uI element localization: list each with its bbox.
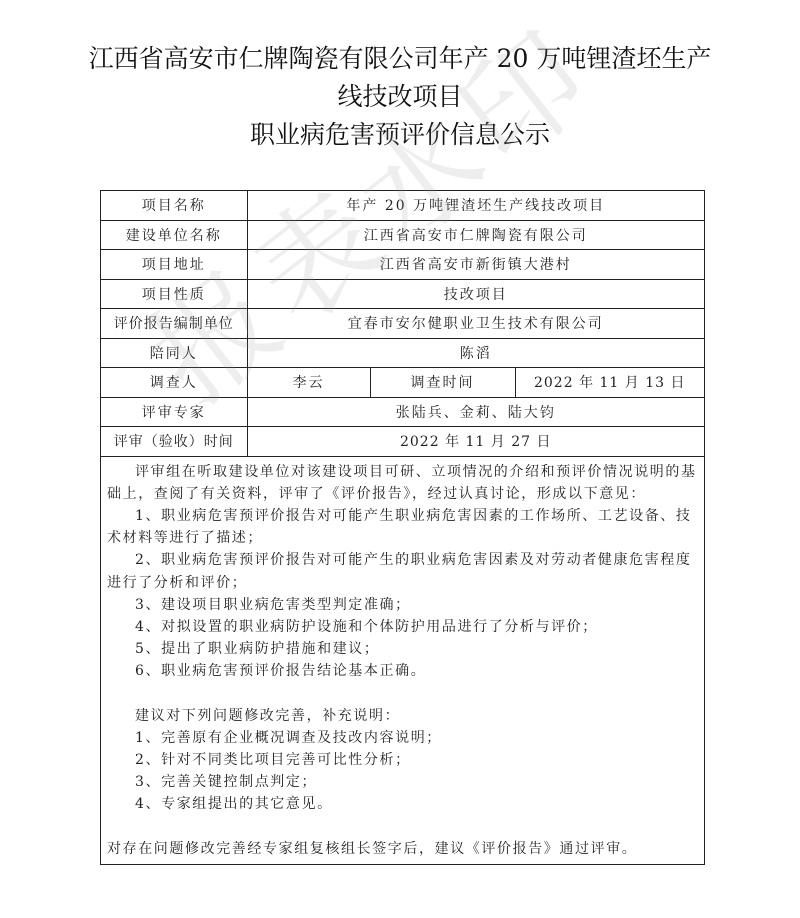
value-address: 江西省高安市新街镇大港村 [247, 250, 704, 280]
label-address: 项目地址 [101, 250, 247, 280]
suggestion-item: 1、完善原有企业概况调查及技改内容说明； [107, 727, 698, 749]
value-investigator: 李云 [247, 368, 370, 398]
finding-item: 2、职业病危害预评价报告对可能产生的职业病危害因素及对劳动者健康危害程度进行了分… [107, 549, 698, 593]
info-sheet: 项目名称 年产 20 万吨锂渣坯生产线技改项目 建设单位名称 江西省高安市仁牌陶… [100, 190, 705, 865]
value-review-time: 2022 年 11 月 27 日 [247, 427, 704, 457]
table-row: 项目性质 技改项目 [101, 279, 704, 309]
suggestion-item: 2、针对不同类比项目完善可比性分析； [107, 749, 698, 771]
label-investigator: 调查人 [101, 368, 247, 398]
table-row: 陪同人 陈滔 [101, 338, 704, 368]
label-investigation-time: 调查时间 [370, 368, 515, 398]
label-companion: 陪同人 [101, 338, 247, 368]
finding-item: 4、对拟设置的职业病防护设施和个体防护用品进行了分析与评价； [107, 616, 698, 638]
label-project-name: 项目名称 [101, 191, 247, 220]
suggestion-item: 4、专家组提出的其它意见。 [107, 793, 698, 815]
suggestion-intro: 建议对下列问题修改完善，补充说明： [107, 705, 698, 727]
value-report-unit: 宜春市安尔健职业卫生技术有限公司 [247, 309, 704, 339]
table-row: 建设单位名称 江西省高安市仁牌陶瓷有限公司 [101, 220, 704, 250]
document-title: 江西省高安市仁牌陶瓷有限公司年产 20 万吨锂渣坯生产 线技改项目 职业病危害预… [0, 40, 800, 154]
finding-item: 3、建设项目职业病危害类型判定准确； [107, 594, 698, 616]
spacer [107, 816, 698, 838]
finding-item: 1、职业病危害预评价报告对可能产生职业病危害因素的工作场所、工艺设备、技术材料等… [107, 505, 698, 549]
value-project-name: 年产 20 万吨锂渣坯生产线技改项目 [247, 191, 704, 220]
label-nature: 项目性质 [101, 279, 247, 309]
label-experts: 评审专家 [101, 397, 247, 427]
spacer [107, 683, 698, 705]
review-opinion: 评审组在听取建设单位对该建设项目可研、立项情况的介绍和预评价情况说明的基础上，查… [101, 457, 704, 860]
title-line-2: 线技改项目 [0, 78, 800, 116]
table-row: 项目名称 年产 20 万吨锂渣坯生产线技改项目 [101, 191, 704, 220]
finding-item: 6、职业病危害预评价报告结论基本正确。 [107, 660, 698, 682]
table-row: 评审专家 张陆兵、金莉、陆大钧 [101, 397, 704, 427]
label-review-time: 评审（验收）时间 [101, 427, 247, 457]
table-row: 项目地址 江西省高安市新街镇大港村 [101, 250, 704, 280]
finding-item: 5、提出了职业病防护措施和建议； [107, 638, 698, 660]
value-builder: 江西省高安市仁牌陶瓷有限公司 [247, 220, 704, 250]
title-line-1: 江西省高安市仁牌陶瓷有限公司年产 20 万吨锂渣坯生产 [0, 40, 800, 78]
table-row: 评审（验收）时间 2022 年 11 月 27 日 [101, 427, 704, 457]
suggestion-item: 3、完善关键控制点判定； [107, 771, 698, 793]
value-nature: 技改项目 [247, 279, 704, 309]
table-row: 评价报告编制单位 宜春市安尔健职业卫生技术有限公司 [101, 309, 704, 339]
value-experts: 张陆兵、金莉、陆大钧 [247, 397, 704, 427]
table-row: 调查人 李云 调查时间 2022 年 11 月 13 日 [101, 368, 704, 398]
opinion-intro: 评审组在听取建设单位对该建设项目可研、立项情况的介绍和预评价情况说明的基础上，查… [107, 461, 698, 505]
label-report-unit: 评价报告编制单位 [101, 309, 247, 339]
info-table: 项目名称 年产 20 万吨锂渣坯生产线技改项目 建设单位名称 江西省高安市仁牌陶… [101, 191, 704, 457]
opinion-conclusion: 对存在问题修改完善经专家组复核组长签字后，建议《评价报告》通过评审。 [107, 838, 698, 860]
title-line-3: 职业病危害预评价信息公示 [0, 116, 800, 154]
value-companion: 陈滔 [247, 338, 704, 368]
value-investigation-time: 2022 年 11 月 13 日 [515, 368, 704, 398]
label-builder: 建设单位名称 [101, 220, 247, 250]
